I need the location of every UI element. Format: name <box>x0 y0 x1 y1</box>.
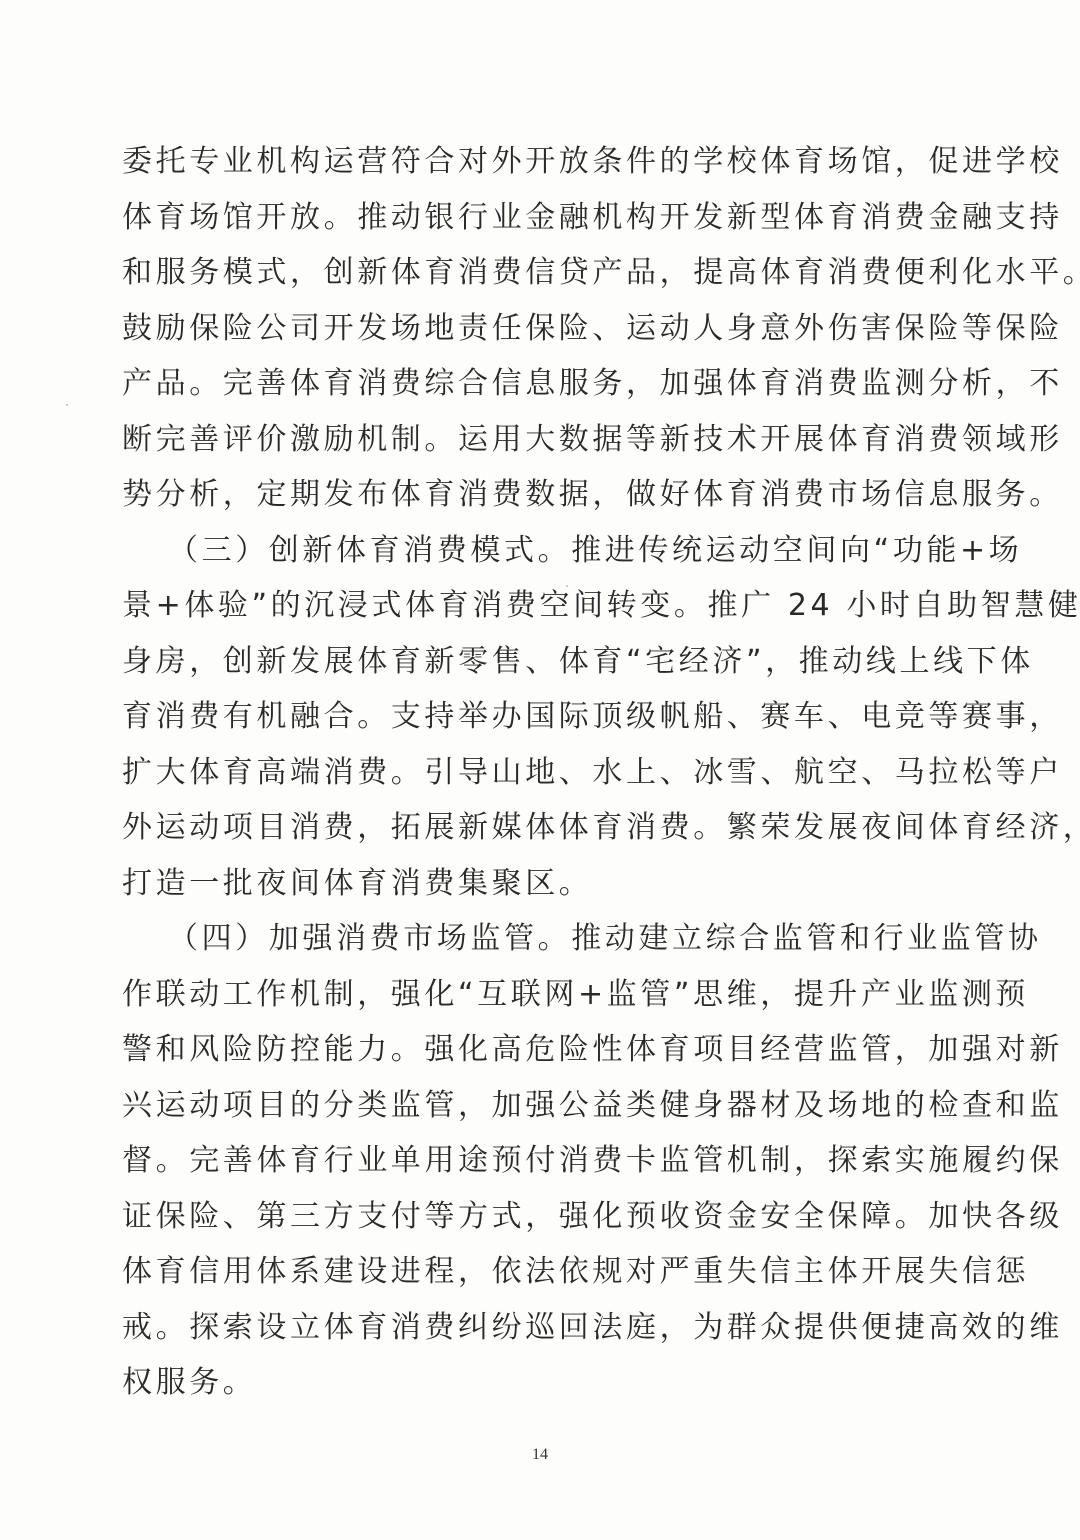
text-line: 景+体验”的沉浸式体育消费空间转变。推广 24 小时自助智慧健 <box>122 578 954 634</box>
text-line: 委托专业机构运营符合对外开放条件的学校体育场馆，促进学校 <box>122 134 954 190</box>
page-number: 14 <box>0 1446 1080 1464</box>
paragraph-section-4: （四）加强消费市场监管。推动建立综合监管和行业监管协 作联动工作机制，强化“互联… <box>122 911 954 1411</box>
text-line: 身房，创新发展体育新零售、体育“宅经济”，推动线上线下体 <box>122 634 954 690</box>
section-heading-line: （四）加强消费市场监管。推动建立综合监管和行业监管协 <box>122 911 954 967</box>
text-line: 和服务模式，创新体育消费信贷产品，提高体育消费便利化水平。 <box>122 245 954 301</box>
text-line: 兴运动项目的分类监管，加强公益类健身器材及场地的检查和监 <box>122 1078 954 1134</box>
text-line: 作联动工作机制，强化“互联网+监管”思维，提升产业监测预 <box>122 967 954 1023</box>
paragraph-section-3: （三）创新体育消费模式。推进传统运动空间向“功能+场 景+体验”的沉浸式体育消费… <box>122 523 954 912</box>
document-page: 委托专业机构运营符合对外开放条件的学校体育场馆，促进学校 体育场馆开放。推动银行… <box>0 0 1080 1540</box>
paragraph-continuation: 委托专业机构运营符合对外开放条件的学校体育场馆，促进学校 体育场馆开放。推动银行… <box>122 134 954 523</box>
text-line: 外运动项目消费，拓展新媒体体育消费。繁荣发展夜间体育经济， <box>122 800 954 856</box>
text-line: 产品。完善体育消费综合信息服务，加强体育消费监测分析，不 <box>122 356 954 412</box>
text-line: 权服务。 <box>122 1355 954 1411</box>
text-line: 证保险、第三方支付等方式，强化预收资金安全保障。加快各级 <box>122 1189 954 1245</box>
text-line: 体育场馆开放。推动银行业金融机构开发新型体育消费金融支持 <box>122 190 954 246</box>
text-line: 断完善评价激励机制。运用大数据等新技术开展体育消费领域形 <box>122 412 954 468</box>
text-line: 警和风险防控能力。强化高危险性体育项目经营监管，加强对新 <box>122 1022 954 1078</box>
text-line: 势分析，定期发布体育消费数据，做好体育消费市场信息服务。 <box>122 467 954 523</box>
section-heading-line: （三）创新体育消费模式。推进传统运动空间向“功能+场 <box>122 523 954 579</box>
text-line: 体育信用体系建设进程，依法依规对严重失信主体开展失信惩 <box>122 1244 954 1300</box>
text-line: 戒。探索设立体育消费纠纷巡回法庭，为群众提供便捷高效的维 <box>122 1300 954 1356</box>
text-line: 扩大体育高端消费。引导山地、水上、冰雪、航空、马拉松等户 <box>122 745 954 801</box>
scan-speck <box>566 585 568 587</box>
text-line: 育消费有机融合。支持举办国际顶级帆船、赛车、电竞等赛事， <box>122 689 954 745</box>
scan-speck <box>66 404 68 406</box>
text-line: 打造一批夜间体育消费集聚区。 <box>122 856 954 912</box>
text-line: 鼓励保险公司开发场地责任保险、运动人身意外伤害保险等保险 <box>122 301 954 357</box>
text-line: 督。完善体育行业单用途预付消费卡监管机制，探索实施履约保 <box>122 1133 954 1189</box>
document-body: 委托专业机构运营符合对外开放条件的学校体育场馆，促进学校 体育场馆开放。推动银行… <box>122 134 954 1411</box>
